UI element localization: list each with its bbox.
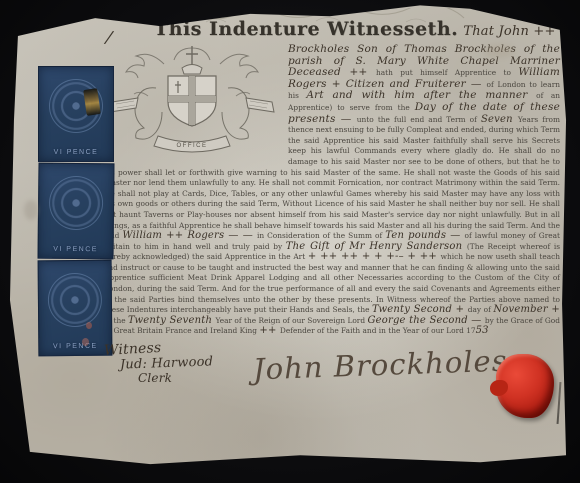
wax-seal — [496, 354, 554, 418]
witness-title: Clerk — [138, 372, 213, 384]
crest-ribbon-text: OFFICE — [177, 143, 208, 149]
handwritten-segment: William ++ Rogers — — — [122, 230, 257, 241]
parchment-slit — [557, 382, 562, 424]
engraved-flourish-icon — [166, 8, 466, 26]
stamp-rosette-icon — [48, 273, 102, 327]
age-stain — [24, 200, 38, 220]
stamp-denomination: VI PENCE — [39, 343, 111, 351]
revenue-stamp-strip: VI PENCE VI PENCE VI PENCE — [38, 66, 114, 357]
stamp-rosette-icon — [49, 176, 104, 231]
handwritten-segment: Art and with him after the manner — [306, 89, 536, 101]
handwritten-segment: Twenty Seventh — [128, 315, 216, 326]
sixpence-revenue-stamp: VI PENCE — [37, 163, 114, 260]
stamp-denomination: VI PENCE — [39, 149, 113, 156]
handwritten-segment: Ten pounds — — [385, 230, 464, 241]
indenture-document: / VI PENCE VI PENCE VI PENCE This Indent… — [6, 4, 574, 474]
printed-segment: day of — [468, 305, 494, 314]
printed-segment: unto the full end and Term of — [357, 115, 481, 124]
printed-segment: hath put himself Apprentice to — [376, 68, 518, 77]
witness-block: Witness Jud: Harwood Clerk — [104, 341, 213, 384]
sixpence-revenue-stamp: VI PENCE — [38, 66, 114, 162]
handwritten-segment: ++ — [259, 325, 280, 336]
ink-stain — [82, 338, 89, 346]
handwritten-segment: November + — [493, 304, 560, 315]
age-stain — [484, 44, 514, 58]
ink-stain — [86, 322, 92, 329]
handwritten-segment: 53 — [476, 325, 489, 336]
handwritten-segment: Twenty Second + — [372, 304, 468, 315]
apprentice-signature: John Brockholes — [253, 347, 508, 385]
heading-handwritten-continuation: That John ++ — [463, 24, 555, 39]
printed-segment: in Consideration of the Summ of — [257, 231, 385, 240]
opening-clause: Brockholes Son of Thomas Brockholes of t… — [288, 45, 560, 124]
handwritten-segment: + ++ ++ + + +‑– + ++ — [308, 251, 441, 262]
handwritten-segment: George the Second — — [367, 315, 484, 326]
handwritten-segment: The Gift of Mr Henry Sanderson — [286, 241, 467, 252]
handwritten-segment: Seven — [481, 114, 518, 125]
printed-segment: Defender of the Faith and in the Year of… — [280, 326, 476, 335]
photo-backdrop: / VI PENCE VI PENCE VI PENCE This Indent… — [0, 0, 580, 483]
printed-segment: Year of the Reign of our Sovereign Lord — [216, 316, 368, 325]
stamp-denomination: VI PENCE — [39, 246, 113, 254]
witness-signature: Jud: Harwood — [120, 355, 214, 371]
city-of-london-arms-icon: OFFICE — [104, 44, 280, 162]
sixpence-revenue-stamp: VI PENCE — [38, 260, 113, 357]
